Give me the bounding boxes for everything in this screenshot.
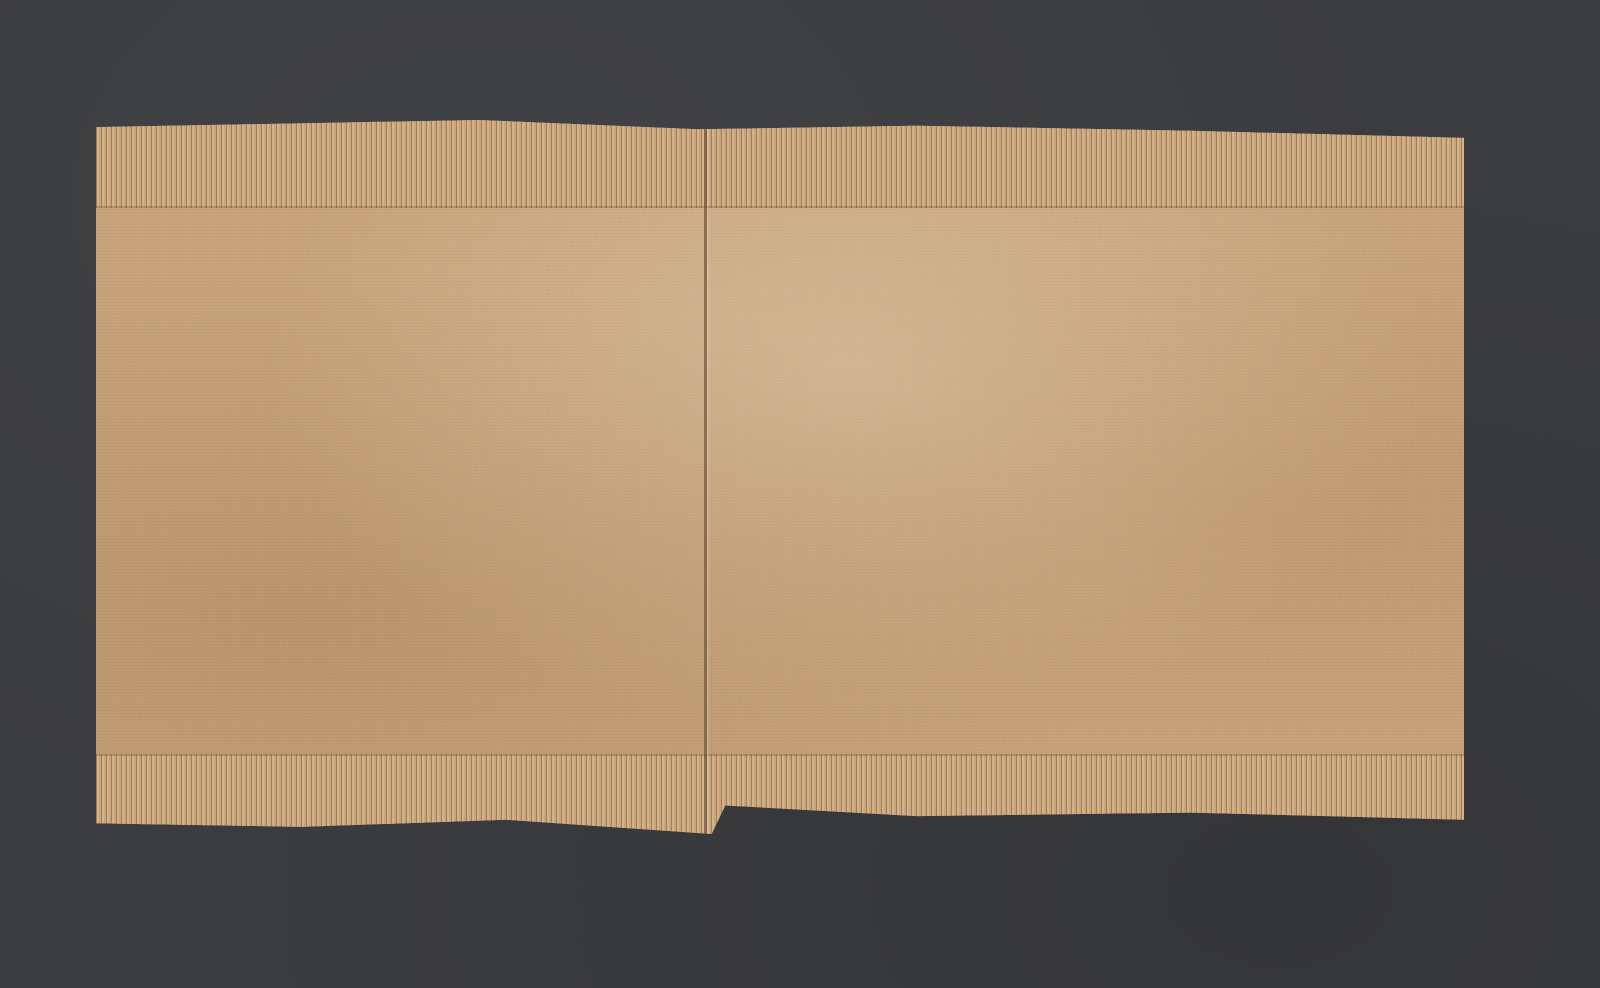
center-seam [704,120,707,834]
top-ribbed-edge [96,120,1464,208]
textile-band [96,120,1464,834]
